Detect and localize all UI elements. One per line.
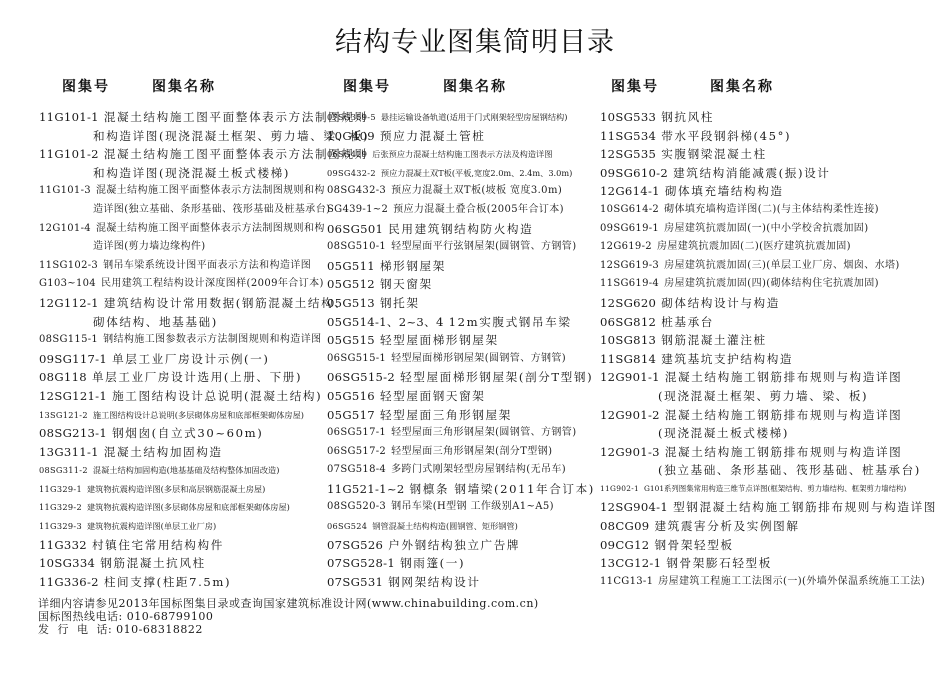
catalog-row: 12G112-1建筑结构设计常用数据(钢筋混凝土结构、 [39, 294, 369, 313]
atlas-name: 和构造详图(现浇混凝土板式楼梯) [93, 166, 290, 180]
column-header-name-3: 图集名称 [710, 76, 774, 96]
catalog-row: 09SG610-2建筑结构消能减震(振)设计 [600, 164, 937, 183]
atlas-code: 07SG531 [327, 575, 383, 589]
catalog-row: 10SG614-2砌体填充墙构造详图(二)(与主体结构柔性连接) [600, 201, 937, 220]
atlas-code: 11G336-2 [39, 575, 99, 589]
catalog-row: 11G329-3建筑物抗震构造详图(单层工业厂房) [39, 517, 369, 536]
atlas-code: 10SG813 [600, 333, 656, 347]
catalog-row: 08SG115-1钢结构施工图参数表示方法制图规则和构造详图 [39, 331, 369, 350]
atlas-code: 11CG13-1 [600, 576, 653, 587]
atlas-code: 12G614-1 [600, 184, 660, 198]
catalog-row: 12G901-1混凝土结构施工钢筋排布规则与构造详图 [600, 368, 937, 387]
catalog-row: 05G515轻型屋面梯形钢屋架 [327, 331, 595, 350]
atlas-name: 钢筋混凝土灌注桩 [661, 333, 767, 347]
footer-hotline: 国标图热线电话: 010-68799100 [38, 610, 539, 623]
atlas-name: 混凝土结构施工钢筋排布规则与构造详图 [665, 408, 903, 422]
atlas-name: 砌体填充墙结构构造 [665, 184, 784, 198]
atlas-code: G103~104 [39, 278, 96, 289]
catalog-row: 08SG520-3钢吊车梁(H型钢 工作级别A1~A5) [327, 498, 595, 517]
atlas-name: 梯形钢屋架 [380, 259, 446, 273]
atlas-name: 轻型屋面梯形钢屋架(圆钢管、方钢管) [391, 353, 566, 364]
catalog-row: 06SG812桩基承台 [600, 313, 937, 332]
atlas-name: 轻型屋面三角形钢屋架 [380, 408, 512, 422]
atlas-name: 建筑物抗震构造详图(多层砌体房屋和底部框架砌体房屋) [87, 502, 290, 512]
atlas-code: 08SG115-1 [39, 334, 98, 345]
catalog-row: 06SG515-2轻型屋面梯形钢屋架(剖分T型钢) [327, 368, 595, 387]
atlas-code: 11SG814 [600, 352, 656, 366]
atlas-code: 10G409 [327, 129, 375, 143]
catalog-row: 09SG619-1房屋建筑抗震加固(一)(中小学校舍抗震加固) [600, 220, 937, 239]
atlas-name: 带水平段钢斜梯(45°) [661, 129, 791, 143]
atlas-name: 户外钢结构独立广告牌 [388, 538, 520, 552]
atlas-name: 轻型屋面平行弦钢屋架(圆钢管、方钢管) [391, 241, 576, 252]
atlas-name: 民用建筑钢结构防火构造 [388, 222, 533, 236]
catalog-row: 11G329-2建筑物抗震构造详图(多层砌体房屋和底部框架砌体房屋) [39, 498, 369, 517]
atlas-code: 10SG533 [600, 110, 656, 124]
catalog-row: 05G514-1、2~3、412m实腹式钢吊车梁 [327, 313, 595, 332]
column-header-code-3: 图集号 [611, 76, 659, 96]
atlas-name: 钢筋混凝土抗风柱 [100, 556, 206, 570]
atlas-name: 预应力混凝土双T板(坡板 宽度3.0m) [391, 185, 562, 196]
catalog-row: 06SG515-1轻型屋面梯形钢屋架(圆钢管、方钢管) [327, 350, 595, 369]
atlas-name: 建筑结构消能减震(振)设计 [673, 166, 830, 180]
catalog-row: 06SG517-2轻型屋面三角形钢屋架(剖分T型钢) [327, 443, 595, 462]
catalog-row: 11G101-3混凝土结构施工图平面整体表示方法制图规则和构 [39, 182, 369, 201]
atlas-code: 08CG09 [600, 519, 649, 533]
atlas-name: 轻型屋面三角形钢屋架(剖分T型钢) [391, 446, 552, 457]
atlas-name: 混凝土结构加固构造(地基基础及结构整体加固改造) [93, 465, 280, 475]
atlas-name: 钢托架 [380, 296, 420, 310]
catalog-row-continuation: (独立基础、条形基础、筏形基础、桩基承台) [600, 461, 937, 480]
atlas-name: 建筑震害分析及实例图解 [654, 519, 799, 533]
atlas-code: 11G101-2 [39, 147, 99, 161]
atlas-name: 钢网架结构设计 [388, 575, 480, 589]
catalog-row: 13SG121-2施工图结构设计总说明(多层砌体房屋和底部框架砌体房屋) [39, 406, 369, 425]
catalog-row: 12SG535实腹钢梁混凝土柱 [600, 145, 937, 164]
atlas-code: 11G329-3 [39, 521, 82, 531]
atlas-name: 砌体填充墙构造详图(二)(与主体结构柔性连接) [664, 204, 879, 215]
atlas-code: 07SG518-4 [327, 464, 386, 475]
atlas-name: 房屋建筑抗震加固(二)(医疗建筑抗震加固) [657, 241, 851, 252]
catalog-row: 05G516轻型屋面钢天窗架 [327, 387, 595, 406]
atlas-code: 06SG501 [327, 222, 383, 236]
atlas-name: 房屋建筑工程施工工法图示(一)(外墙外保温系统施工工法) [658, 576, 925, 587]
catalog-row: SG439-1~2预应力混凝土叠合板(2005年合订本) [327, 201, 595, 220]
catalog-row: 08SG213-1钢烟囱(自立式30~60m) [39, 424, 369, 443]
atlas-code: 06SG812 [600, 315, 656, 329]
catalog-row: 09CG12钢骨架轻型板 [600, 536, 937, 555]
atlas-code: 11SG619-4 [600, 278, 659, 289]
catalog-row: 13G311-1混凝土结构加固构造 [39, 443, 369, 462]
atlas-name: (独立基础、条形基础、筏形基础、桩基承台) [658, 463, 921, 477]
atlas-code: 12G901-3 [600, 445, 660, 459]
atlas-name: 造详图(独立基础、条形基础、筏形基础及桩基承台) [93, 204, 330, 215]
atlas-code: 05G514-1、2~3、4 [327, 315, 444, 329]
catalog-row: 12SG121-1施工图结构设计总说明(混凝土结构) [39, 387, 369, 406]
catalog-row: 12G901-2混凝土结构施工钢筋排布规则与构造详图 [600, 406, 937, 425]
atlas-name: 轻型屋面梯形钢屋架 [380, 333, 499, 347]
atlas-name: 悬挂运输设备轨道(适用于门式刚架轻型房屋钢结构) [381, 112, 568, 122]
catalog-row: 11G521-1~2钢檩条 钢墙梁(2011年合订本) [327, 480, 595, 499]
atlas-name: 轻型屋面三角形钢屋架(圆钢管、方钢管) [391, 427, 576, 438]
atlas-code: 11G521-1~2 [327, 482, 405, 496]
catalog-row-continuation: 造详图(剪力墙边缘构件) [39, 238, 369, 257]
atlas-name: 钢管混凝土结构构造(圆钢管、矩形钢管) [372, 521, 518, 531]
footer-distribution-phone: 发 行 电 话: 010-68318822 [38, 623, 539, 636]
atlas-name: 建筑结构设计常用数据(钢筋混凝土结构、 [104, 296, 348, 310]
catalog-row: 10SG334钢筋混凝土抗风柱 [39, 554, 369, 573]
catalog-row: 10G409预应力混凝土管桩 [327, 127, 595, 146]
atlas-name: 砌体结构、地基基础) [93, 315, 218, 329]
catalog-row: 12G101-4混凝土结构施工图平面整体表示方法制图规则和构 [39, 220, 369, 239]
catalog-row: 11SG534带水平段钢斜梯(45°) [600, 127, 937, 146]
catalog-column-2: 07SG359-5悬挂运输设备轨道(适用于门式刚架轻型房屋钢结构) 10G409… [327, 108, 595, 591]
atlas-code: 06SG515-1 [327, 353, 386, 364]
catalog-row: 07SG531钢网架结构设计 [327, 573, 595, 592]
atlas-code: 09SG117-1 [39, 352, 107, 366]
catalog-row: 11SG814建筑基坑支护结构构造 [600, 350, 937, 369]
atlas-name: 单层工业厂房设计示例(一) [112, 352, 269, 366]
atlas-name: 预应力混凝土叠合板(2005年合订本) [393, 204, 564, 215]
catalog-row: 05G512钢天窗架 [327, 275, 595, 294]
catalog-row: 05G513钢托架 [327, 294, 595, 313]
atlas-code: 11SG102-3 [39, 260, 98, 271]
atlas-name: 村镇住宅常用结构构件 [92, 538, 224, 552]
atlas-code: 06SG515-2 [327, 370, 395, 384]
catalog-row: 08G118单层工业厂房设计选用(上册、下册) [39, 368, 369, 387]
atlas-name: 预应力混凝土管桩 [380, 129, 486, 143]
atlas-code: 13SG121-2 [39, 410, 88, 420]
catalog-row: 05G511梯形钢屋架 [327, 257, 595, 276]
atlas-code: 11G101-3 [39, 185, 91, 196]
catalog-row: 08SG432-3预应力混凝土双T板(坡板 宽度3.0m) [327, 182, 595, 201]
atlas-name: 施工图结构设计总说明(混凝土结构) [112, 389, 322, 403]
catalog-row: 11SG619-4房屋建筑抗震加固(四)(砌体结构住宅抗震加固) [600, 275, 937, 294]
catalog-row: 06SG517-1轻型屋面三角形钢屋架(圆钢管、方钢管) [327, 424, 595, 443]
atlas-code: 08SG432-3 [327, 185, 386, 196]
atlas-code: 05G516 [327, 389, 375, 403]
atlas-name: 钢雨篷(一) [400, 556, 465, 570]
atlas-code: 07SG528-1 [327, 556, 395, 570]
catalog-row: 10SG533钢抗风柱 [600, 108, 937, 127]
atlas-code: 05G513 [327, 296, 375, 310]
catalog-row: 12G614-1砌体填充墙结构构造 [600, 182, 937, 201]
atlas-name: 轻型屋面钢天窗架 [380, 389, 486, 403]
footer-website-note: 详细内容请参见2013年国标图集目录或查询国家建筑标准设计网(www.china… [38, 597, 539, 610]
atlas-code: 12SG535 [600, 147, 656, 161]
atlas-name: 钢烟囱(自立式30~60m) [112, 426, 263, 440]
catalog-row: 11G902-1G101系列图集常用构造三维节点详图(框架结构、剪力墙结构、框架… [600, 480, 937, 499]
atlas-code: 11SG534 [600, 129, 656, 143]
atlas-name: 实腹钢梁混凝土柱 [661, 147, 767, 161]
catalog-row: 12SG904-1型钢混凝土结构施工钢筋排布规则与构造详图 [600, 498, 937, 517]
catalog-row: 12SG619-3房屋建筑抗震加固(三)(单层工业厂房、烟囱、水塔) [600, 257, 937, 276]
atlas-code: 12G901-1 [600, 370, 660, 384]
catalog-row: 11G336-2柱间支撑(柱距7.5m) [39, 573, 369, 592]
atlas-code: 05G512 [327, 277, 375, 291]
atlas-code: 06SG517-2 [327, 446, 386, 457]
catalog-row: 13CG12-1钢骨架膨石轻型板 [600, 554, 937, 573]
column-header-code-2: 图集号 [343, 76, 391, 96]
catalog-row: 07SG528-1钢雨篷(一) [327, 554, 595, 573]
atlas-name: 钢骨架膨石轻型板 [666, 556, 772, 570]
catalog-row: 09SG432-2预应力混凝土双T板(平板,宽度2.0m、2.4m、3.0m) [327, 164, 595, 183]
atlas-code: 11G329-1 [39, 484, 82, 494]
atlas-name: (现浇混凝土框架、剪力墙、梁、板) [658, 389, 868, 403]
atlas-name: 建筑基坑支护结构构造 [661, 352, 793, 366]
atlas-code: SG439-1~2 [327, 204, 388, 215]
catalog-row: 12SG620砌体结构设计与构造 [600, 294, 937, 313]
atlas-code: 09SG619-1 [600, 223, 659, 234]
atlas-name: G101系列图集常用构造三维节点详图(框架结构、剪力墙结构、框架剪力墙结构) [644, 484, 906, 493]
atlas-code: 07SG526 [327, 538, 383, 552]
atlas-name: 建筑物抗震构造详图(多层和高层钢筋混凝土房屋) [87, 484, 265, 494]
catalog-row: 11CG13-1房屋建筑工程施工工法图示(一)(外墙外保温系统施工工法) [600, 573, 937, 592]
column-header-name-2: 图集名称 [443, 76, 507, 96]
catalog-column-3: 10SG533钢抗风柱 11SG534带水平段钢斜梯(45°) 12SG535实… [600, 108, 937, 591]
catalog-row: 07SG359-5悬挂运输设备轨道(适用于门式刚架轻型房屋钢结构) [327, 108, 595, 127]
atlas-name: 型钢混凝土结构施工钢筋排布规则与构造详图 [673, 500, 937, 514]
catalog-row: 11G329-1建筑物抗震构造详图(多层和高层钢筋混凝土房屋) [39, 480, 369, 499]
atlas-code: 09SG610-2 [600, 166, 668, 180]
atlas-name: 建筑物抗震构造详图(单层工业厂房) [87, 521, 216, 531]
catalog-row-continuation: 和构造详图(现浇混凝土板式楼梯) [39, 164, 369, 183]
atlas-name: 钢天窗架 [380, 277, 433, 291]
atlas-name: 钢吊车梁(H型钢 工作级别A1~A5) [391, 501, 554, 512]
atlas-code: 12SG904-1 [600, 500, 668, 514]
catalog-row: 11G101-1混凝土结构施工图平面整体表示方法制图规则 [39, 108, 369, 127]
atlas-code: 07SG359-5 [327, 112, 376, 122]
atlas-code: 12SG121-1 [39, 389, 107, 403]
atlas-code: 12SG620 [600, 296, 656, 310]
atlas-code: 05G511 [327, 259, 375, 273]
atlas-name: 民用建筑工程结构设计深度图样(2009年合订本) [101, 278, 324, 289]
catalog-row: 06SG524钢管混凝土结构构造(圆钢管、矩形钢管) [327, 517, 595, 536]
column-header-name-1: 图集名称 [152, 76, 216, 96]
atlas-name: (现浇混凝土板式楼梯) [658, 426, 789, 440]
atlas-name: 钢骨架轻型板 [654, 538, 733, 552]
atlas-name: 房屋建筑抗震加固(四)(砌体结构住宅抗震加固) [664, 278, 879, 289]
catalog-row-continuation: 和构造详图(现浇混凝土框架、剪力墙、梁、板) [39, 127, 369, 146]
atlas-code: 12G901-2 [600, 408, 660, 422]
atlas-code: 06SG429 [327, 149, 367, 159]
atlas-name: 钢吊车梁系统设计图平面表示方法和构造详图 [103, 260, 311, 271]
atlas-code: 08SG520-3 [327, 501, 386, 512]
atlas-code: 12G112-1 [39, 296, 99, 310]
atlas-name: 砌体结构设计与构造 [661, 296, 780, 310]
atlas-code: 08SG213-1 [39, 426, 107, 440]
catalog-row: G103~104民用建筑工程结构设计深度图样(2009年合订本) [39, 275, 369, 294]
atlas-code: 06SG524 [327, 521, 367, 531]
atlas-name: 造详图(剪力墙边缘构件) [93, 241, 206, 252]
catalog-row: 12G619-2房屋建筑抗震加固(二)(医疗建筑抗震加固) [600, 238, 937, 257]
catalog-row-continuation: 造详图(独立基础、条形基础、筏形基础及桩基承台) [39, 201, 369, 220]
catalog-row: 11SG102-3钢吊车梁系统设计图平面表示方法和构造详图 [39, 257, 369, 276]
catalog-row: 06SG429后张预应力混凝土结构施工图表示方法及构造详图 [327, 145, 595, 164]
catalog-row: 11G332村镇住宅常用结构构件 [39, 536, 369, 555]
page-title: 结构专业图集简明目录 [0, 20, 950, 59]
atlas-name: 12m实腹式钢吊车梁 [449, 315, 572, 329]
atlas-code: 11G329-2 [39, 502, 82, 512]
atlas-name: 单层工业厂房设计选用(上册、下册) [92, 370, 302, 384]
atlas-name: 混凝土结构施工图平面整体表示方法制图规则和构 [96, 185, 325, 196]
catalog-row-continuation: (现浇混凝土板式楼梯) [600, 424, 937, 443]
atlas-name: 房屋建筑抗震加固(一)(中小学校舍抗震加固) [664, 223, 868, 234]
atlas-name: 桩基承台 [661, 315, 714, 329]
catalog-row: 06SG501民用建筑钢结构防火构造 [327, 220, 595, 239]
atlas-code: 13G311-1 [39, 445, 99, 459]
atlas-code: 12G619-2 [600, 241, 652, 252]
atlas-name: 预应力混凝土双T板(平板,宽度2.0m、2.4m、3.0m) [381, 168, 572, 178]
catalog-row: 10SG813钢筋混凝土灌注桩 [600, 331, 937, 350]
atlas-code: 10SG334 [39, 556, 95, 570]
atlas-code: 09CG12 [600, 538, 649, 552]
atlas-code: 11G902-1 [600, 484, 639, 493]
catalog-row: 09SG117-1单层工业厂房设计示例(一) [39, 350, 369, 369]
atlas-code: 05G515 [327, 333, 375, 347]
catalog-row: 08SG510-1轻型屋面平行弦钢屋架(圆钢管、方钢管) [327, 238, 595, 257]
atlas-name: 轻型屋面梯形钢屋架(剖分T型钢) [400, 370, 593, 384]
catalog-row: 11G101-2混凝土结构施工图平面整体表示方法制图规则 [39, 145, 369, 164]
atlas-code: 08G118 [39, 370, 87, 384]
atlas-code: 13CG12-1 [600, 556, 661, 570]
catalog-row: 12G901-3混凝土结构施工钢筋排布规则与构造详图 [600, 443, 937, 462]
atlas-name: 房屋建筑抗震加固(三)(单层工业厂房、烟囱、水塔) [664, 260, 900, 271]
catalog-row: 07SG518-4多跨门式刚架轻型房屋钢结构(无吊车) [327, 461, 595, 480]
catalog-row: 07SG526户外钢结构独立广告牌 [327, 536, 595, 555]
atlas-code: 11G332 [39, 538, 87, 552]
atlas-code: 11G101-1 [39, 110, 99, 124]
atlas-code: 12SG619-3 [600, 260, 659, 271]
atlas-name: 钢抗风柱 [661, 110, 714, 124]
atlas-name: 钢结构施工图参数表示方法制图规则和构造详图 [103, 334, 321, 345]
atlas-code: 10SG614-2 [600, 204, 659, 215]
atlas-name: 钢檩条 钢墙梁(2011年合订本) [410, 482, 595, 496]
atlas-name: 后张预应力混凝土结构施工图表示方法及构造详图 [372, 149, 552, 159]
atlas-code: 12G101-4 [39, 223, 91, 234]
atlas-name: 多跨门式刚架轻型房屋钢结构(无吊车) [391, 464, 566, 475]
atlas-code: 08SG311-2 [39, 465, 88, 475]
atlas-code: 09SG432-2 [327, 168, 376, 178]
atlas-name: 柱间支撑(柱距7.5m) [104, 575, 231, 589]
catalog-row-continuation: (现浇混凝土框架、剪力墙、梁、板) [600, 387, 937, 406]
catalog-column-1: 11G101-1混凝土结构施工图平面整体表示方法制图规则 和构造详图(现浇混凝土… [39, 108, 369, 591]
atlas-name: 混凝土结构施工钢筋排布规则与构造详图 [665, 370, 903, 384]
catalog-row: 08SG311-2混凝土结构加固构造(地基基础及结构整体加固改造) [39, 461, 369, 480]
atlas-name: 混凝土结构施工钢筋排布规则与构造详图 [665, 445, 903, 459]
atlas-code: 05G517 [327, 408, 375, 422]
catalog-row-continuation: 砌体结构、地基基础) [39, 313, 369, 332]
catalog-row: 08CG09建筑震害分析及实例图解 [600, 517, 937, 536]
atlas-code: 08SG510-1 [327, 241, 386, 252]
column-header-code-1: 图集号 [62, 76, 110, 96]
atlas-name: 混凝土结构加固构造 [104, 445, 223, 459]
atlas-name: 混凝土结构施工图平面整体表示方法制图规则和构 [96, 223, 325, 234]
atlas-code: 06SG517-1 [327, 427, 386, 438]
contact-footer: 详细内容请参见2013年国标图集目录或查询国家建筑标准设计网(www.china… [38, 597, 539, 636]
catalog-row: 05G517轻型屋面三角形钢屋架 [327, 406, 595, 425]
atlas-name: 施工图结构设计总说明(多层砌体房屋和底部框架砌体房屋) [93, 410, 304, 420]
